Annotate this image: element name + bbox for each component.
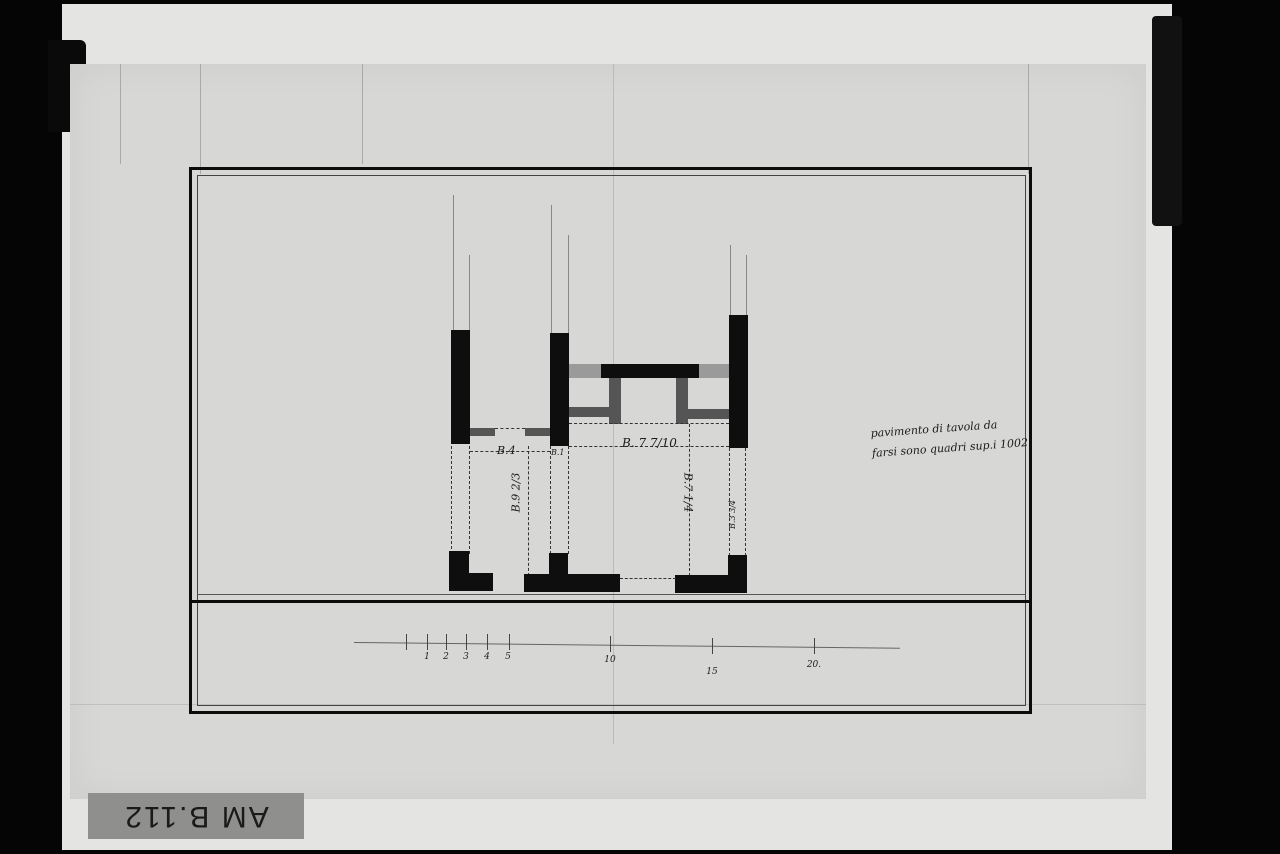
wall-middle-upper: [550, 333, 569, 446]
dim-left-room-width: B.4: [497, 444, 516, 457]
partition-left: [609, 378, 621, 424]
dim-main-room-depth: B.7 1/4: [681, 473, 694, 513]
wall-left-upper: [451, 330, 470, 444]
construction-line: [1028, 64, 1029, 174]
wall-bottom-right: [675, 575, 747, 593]
dim-left-room-depth: B.9 2/3: [509, 473, 522, 513]
construction-line: [200, 64, 201, 174]
wall-stair-top: [601, 364, 699, 378]
construction-line: [362, 64, 363, 164]
scale-tick-5: 5: [505, 652, 511, 662]
scale-tick-20: 20.: [807, 660, 821, 670]
scale-tick-4: 4: [484, 652, 490, 662]
scale-tick-10: 10: [604, 655, 615, 665]
dim-right-strip: B.3 3/4: [728, 500, 737, 529]
frame-divider: [189, 600, 1032, 603]
frame-divider-thin: [197, 594, 1026, 595]
dim-left-gap: B.1: [551, 448, 565, 457]
dim-main-room-width: B. 7 7/10: [622, 436, 677, 450]
wall-bottom-middle: [524, 574, 620, 592]
right-clip: [1152, 16, 1182, 226]
scale-tick-1: 1: [424, 652, 430, 662]
wall-right-upper: [729, 315, 748, 448]
catalog-label: AM B.112: [88, 793, 304, 839]
construction-line: [120, 64, 121, 164]
scale-tick-3: 3: [463, 652, 469, 662]
scale-tick-2: 2: [443, 652, 449, 662]
scale-tick-15: 15: [706, 667, 717, 677]
